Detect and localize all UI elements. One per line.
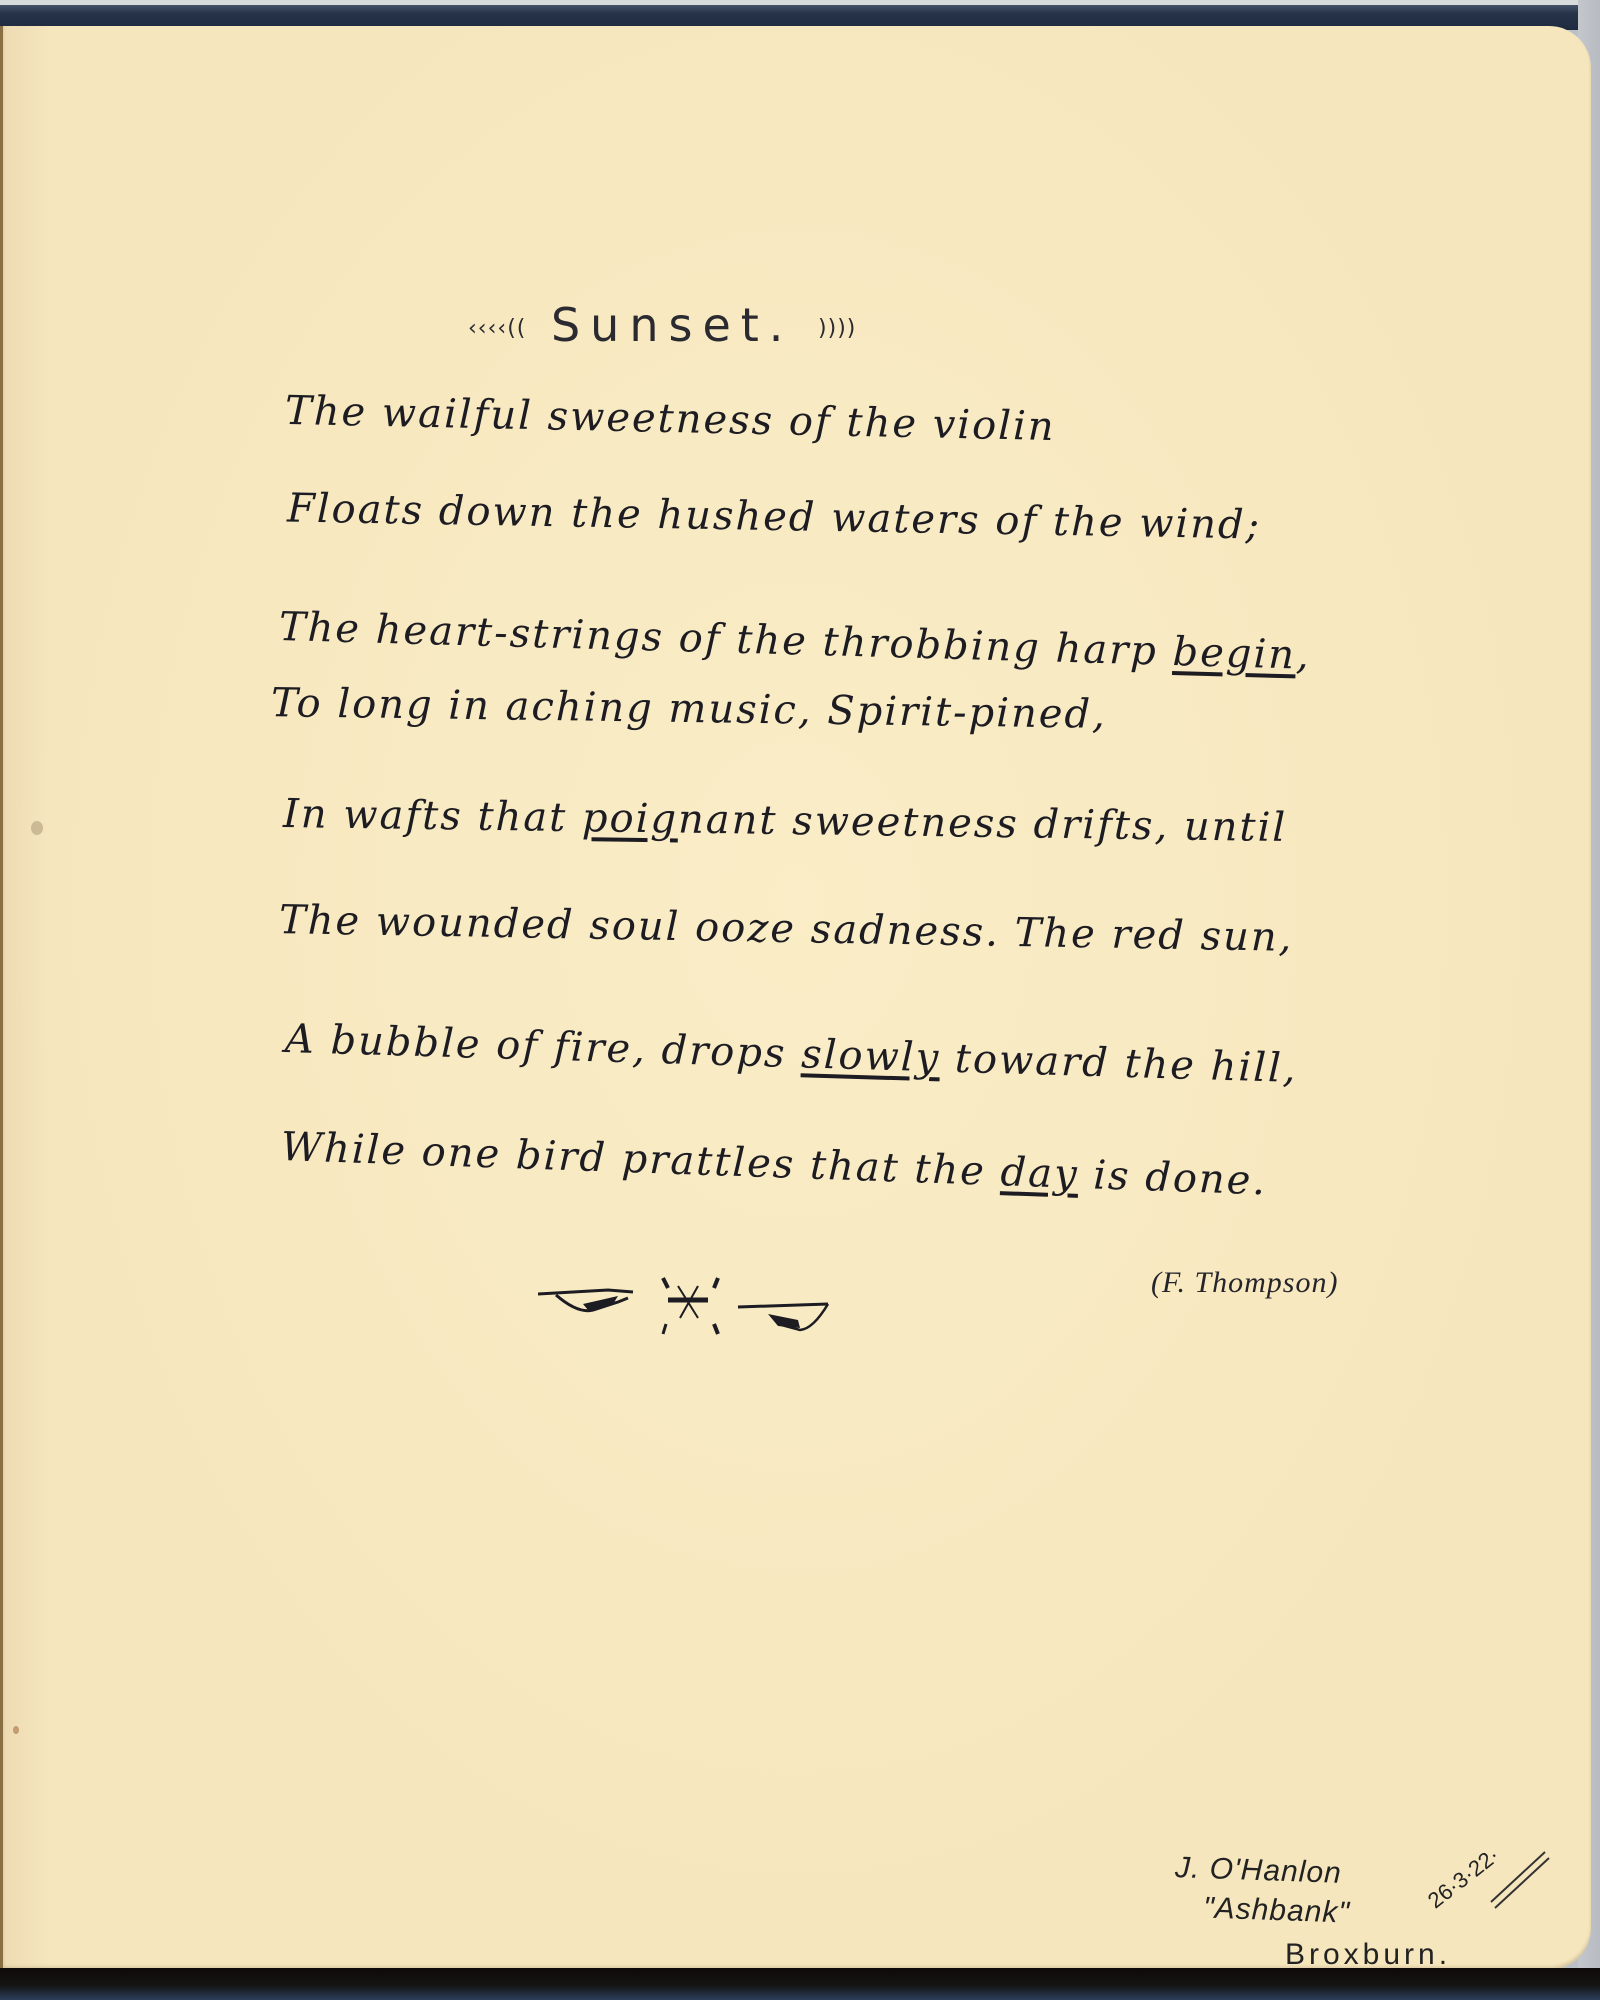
poem-title: ‹‹‹‹(( Sunset. ))))	[468, 298, 856, 352]
underlined-word: poig	[582, 795, 679, 842]
poem-line-8: While one bird prattles that the day is …	[280, 1124, 1268, 1204]
signature-name: J. O'Hanlon	[1174, 1851, 1342, 1891]
poem-line-5: In wafts that poignant sweetness drifts,…	[283, 791, 1288, 851]
poem-line-6: The wounded soul ooze sadness. The red s…	[279, 897, 1294, 961]
poem-line-3: The heart-strings of the throbbing harp …	[278, 604, 1311, 679]
underlined-word: day	[1000, 1149, 1080, 1198]
poem-attribution: (F. Thompson)	[1151, 1266, 1338, 1300]
album-page: ‹‹‹‹(( Sunset. )))) The wailful sweetnes…	[0, 26, 1591, 1970]
underlined-word: begin	[1172, 629, 1297, 678]
underlined-word: slowly	[801, 1031, 941, 1081]
ornament-flourish-icon	[538, 1274, 958, 1364]
foxing-spot	[31, 821, 43, 835]
poem-line-2: Floats down the hushed waters of the win…	[287, 486, 1262, 549]
title-flourish-left: ‹‹‹‹((	[468, 316, 526, 341]
poem-line-7: A bubble of fire, drops slowly toward th…	[284, 1016, 1298, 1092]
poem-title-text: Sunset	[551, 298, 769, 352]
poem-line-1: The wailful sweetness of the violin	[285, 388, 1056, 450]
poem-line-4: To long in aching music, Spirit-pined,	[271, 680, 1107, 738]
book-cover-bottom-edge	[0, 1968, 1600, 2000]
signature-town: Broxburn.	[1285, 1938, 1451, 1972]
signature-house: "Ashbank"	[1202, 1891, 1350, 1930]
foxing-spot	[13, 1726, 19, 1734]
date-double-stroke-icon	[1483, 1846, 1553, 1916]
title-flourish-right: ))))	[818, 316, 856, 341]
